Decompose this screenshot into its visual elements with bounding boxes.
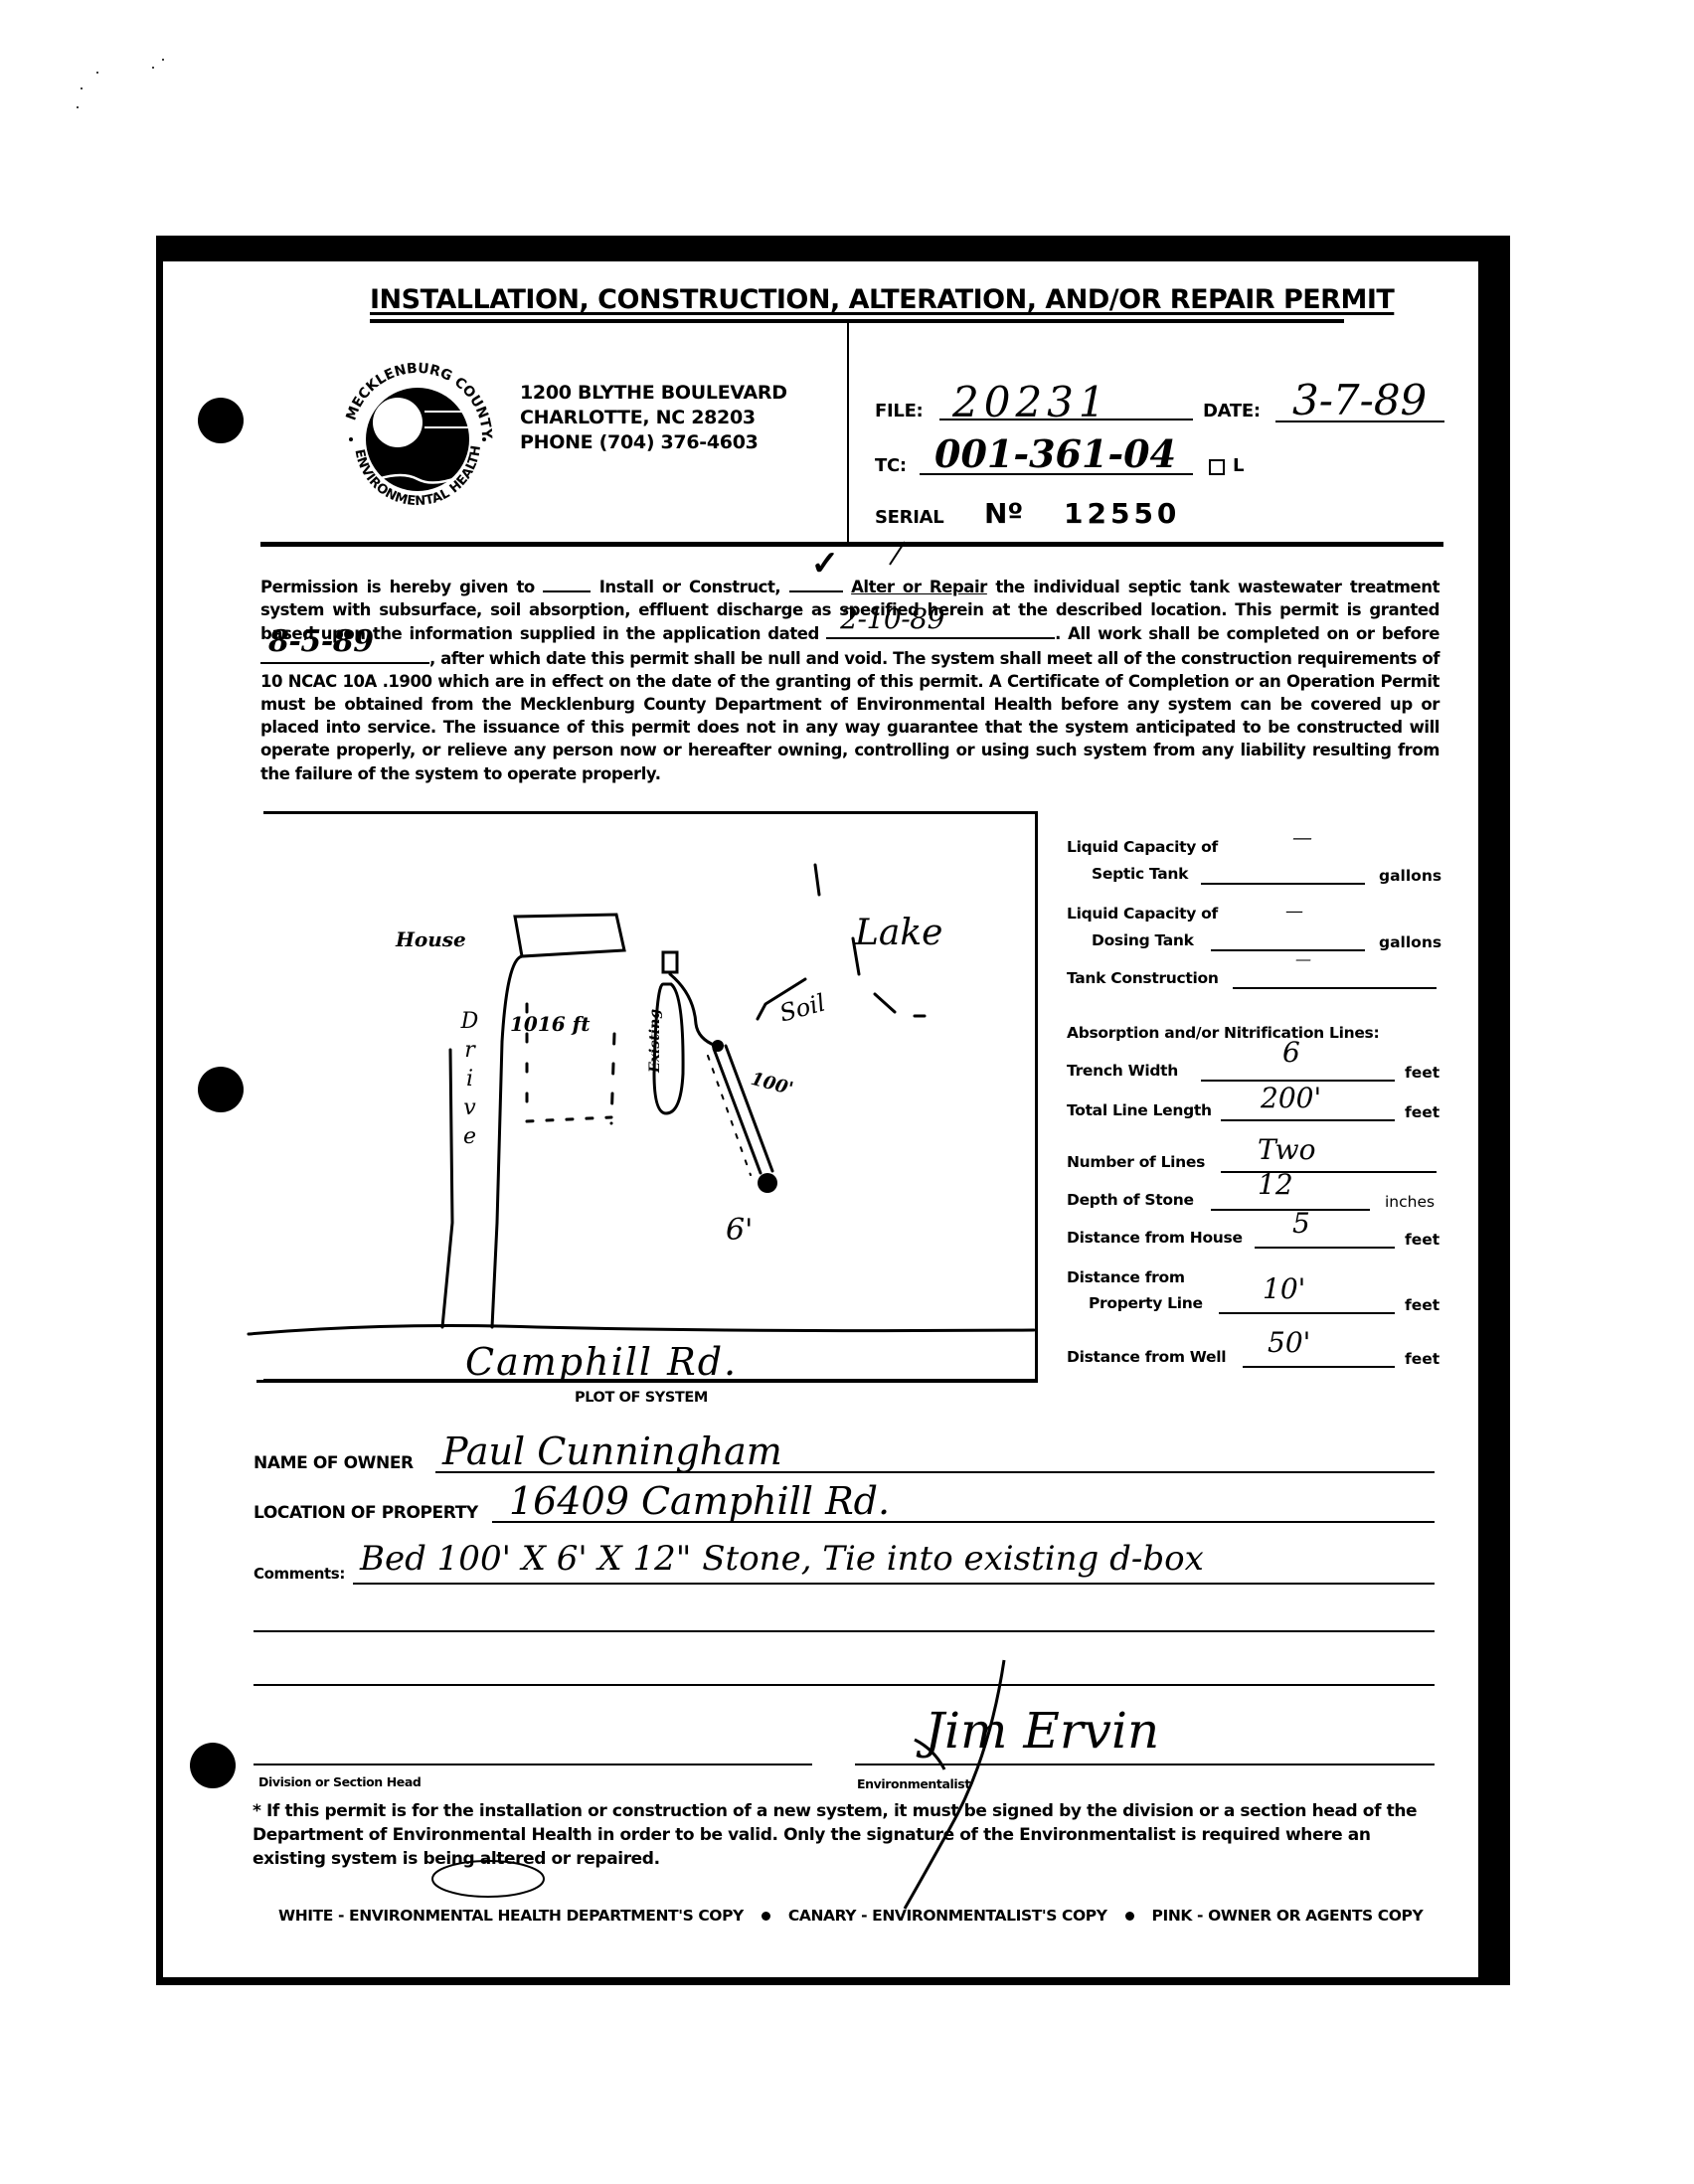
- spec-dosing-field[interactable]: [1211, 931, 1365, 951]
- file-label: FILE:: [875, 401, 923, 421]
- owner-name-value: Paul Cunningham: [442, 1429, 782, 1473]
- tc-checkbox-label: L: [1233, 455, 1244, 476]
- scan-specks: [0, 0, 199, 119]
- address-line-1: 1200 BLYTHE BOULEVARD: [520, 381, 787, 406]
- bullet-icon: [1125, 1912, 1134, 1921]
- serial-no-symbol: Nº: [984, 497, 1023, 530]
- spec-distance-house-label: Distance from House: [1067, 1229, 1243, 1247]
- header-bottom-rule: [260, 542, 1443, 547]
- date-value: 3-7-89: [1292, 376, 1427, 424]
- serial-number: 12550: [1064, 497, 1180, 530]
- comments-value: Bed 100' X 6' X 12" Stone, Tie into exis…: [360, 1539, 1204, 1579]
- spec-total-line-length-value: 200': [1261, 1082, 1321, 1114]
- permit-title: INSTALLATION, CONSTRUCTION, ALTERATION, …: [370, 284, 1344, 315]
- check-tick-stroke: [885, 537, 925, 567]
- spec-distance-property-label-1: Distance from: [1067, 1268, 1185, 1286]
- spec-number-of-lines-field[interactable]: [1221, 1153, 1437, 1173]
- header-divider: [847, 323, 849, 542]
- spec-depth-of-stone-value: 12: [1258, 1168, 1293, 1201]
- address-line-2: CHARLOTTE, NC 28203: [520, 406, 787, 430]
- spec-depth-of-stone-unit: inches: [1385, 1193, 1435, 1211]
- address-line-3: PHONE (704) 376-4603: [520, 430, 787, 455]
- plot-label-house: House: [396, 927, 466, 951]
- spec-trench-width-unit: feet: [1405, 1064, 1440, 1082]
- spec-total-line-length-unit: feet: [1405, 1103, 1440, 1121]
- file-value: 20231: [952, 378, 1110, 426]
- spec-distance-property-field[interactable]: [1219, 1294, 1395, 1314]
- option-alter-label: Alter or Repair: [851, 578, 987, 596]
- title-rule: [370, 319, 1344, 323]
- spec-number-of-lines-label: Number of Lines: [1067, 1153, 1205, 1171]
- spec-dosing-label-2: Dosing Tank: [1092, 931, 1194, 949]
- spec-dosing-label-1: Liquid Capacity of: [1067, 905, 1218, 923]
- completion-date-field[interactable]: 8-5-89: [260, 646, 429, 664]
- tc-checkbox[interactable]: [1209, 459, 1225, 475]
- punch-hole-bottom: [190, 1743, 236, 1788]
- division-signature-label: Division or Section Head: [258, 1774, 421, 1789]
- spec-distance-house-value: 5: [1292, 1207, 1310, 1240]
- date-label: DATE:: [1203, 401, 1261, 421]
- spec-septic-field[interactable]: [1201, 865, 1365, 885]
- punch-hole-top: [198, 398, 244, 443]
- completion-date-value: 8-5-89: [268, 630, 374, 653]
- serial-label: SERIAL: [875, 507, 943, 528]
- spec-total-line-length-label: Total Line Length: [1067, 1101, 1212, 1119]
- mecklenburg-county-seal-icon: MECKLENBURG COUNTY ENVIRONMENTAL HEALTH: [333, 348, 502, 517]
- owner-name-label: NAME OF OWNER: [254, 1453, 414, 1473]
- copy-distribution: WHITE - ENVIRONMENTAL HEALTH DEPARTMENT'…: [278, 1907, 1423, 1925]
- spec-trench-width-value: 6: [1282, 1036, 1300, 1069]
- spec-distance-house-unit: feet: [1405, 1231, 1440, 1249]
- property-location-value: 16409 Camphill Rd.: [509, 1479, 890, 1523]
- spec-septic-label-2: Septic Tank: [1092, 865, 1188, 883]
- tc-value: 001-361-04: [934, 431, 1176, 476]
- spec-trench-width-label: Trench Width: [1067, 1062, 1178, 1080]
- copy-pink: PINK - OWNER OR AGENTS COPY: [1152, 1907, 1424, 1925]
- application-date-value: 2-10-89: [840, 607, 944, 630]
- permission-text-conditions: , after which date this permit shall be …: [260, 649, 1440, 783]
- spec-tank-construction-field[interactable]: [1233, 969, 1437, 989]
- copy-white: WHITE - ENVIRONMENTAL HEALTH DEPARTMENT'…: [278, 1907, 744, 1925]
- spec-tank-construction-value: —: [1295, 949, 1311, 968]
- tc-label: TC:: [875, 455, 907, 476]
- repaired-circle-annotation: [430, 1857, 550, 1907]
- spec-distance-property-unit: feet: [1405, 1296, 1440, 1314]
- spec-distance-property-label-2: Property Line: [1089, 1294, 1203, 1312]
- spec-septic-unit: gallons: [1379, 867, 1441, 885]
- spec-number-of-lines-value: Two: [1258, 1133, 1316, 1166]
- spec-distance-well-field[interactable]: [1243, 1348, 1395, 1368]
- spec-septic-label-1: Liquid Capacity of: [1067, 838, 1218, 856]
- spec-tank-construction-label: Tank Construction: [1067, 969, 1219, 987]
- signature-stroke: [875, 1660, 1014, 1919]
- copy-canary: CANARY - ENVIRONMENTALIST'S COPY: [788, 1907, 1107, 1925]
- alter-checkbox-blank[interactable]: ✓: [789, 575, 843, 592]
- department-address: 1200 BLYTHE BOULEVARD CHARLOTTE, NC 2820…: [520, 381, 787, 455]
- bullet-icon: [762, 1912, 770, 1921]
- property-location-label: LOCATION OF PROPERTY: [254, 1503, 478, 1523]
- spec-distance-well-unit: feet: [1405, 1350, 1440, 1368]
- spec-distance-well-value: 50': [1268, 1326, 1310, 1359]
- plot-bottom-rule: [256, 1380, 1038, 1383]
- application-date-field[interactable]: 2-10-89: [826, 621, 1055, 639]
- install-checkbox-blank[interactable]: [543, 575, 591, 592]
- spec-dosing-unit: gallons: [1379, 933, 1441, 951]
- comments-label: Comments:: [254, 1565, 345, 1583]
- permission-text-completion: . All work shall be completed on or befo…: [1055, 624, 1440, 643]
- division-signature-line[interactable]: [254, 1764, 812, 1765]
- comments-extra-line-2[interactable]: [254, 1684, 1435, 1686]
- plot-label-building: 1016 ft: [510, 1012, 590, 1036]
- spec-septic-value: —: [1292, 825, 1312, 849]
- plot-label-existing: Existing: [647, 1009, 663, 1073]
- option-install-label: Install or Construct,: [599, 578, 781, 596]
- spec-distance-house-field[interactable]: [1255, 1229, 1395, 1249]
- permission-text-intro: Permission is hereby given to: [260, 578, 535, 596]
- punch-hole-middle: [198, 1067, 244, 1112]
- plot-label-lake: Lake: [855, 913, 943, 953]
- spec-distance-property-value: 10': [1263, 1272, 1305, 1305]
- alter-check-mark: ✓: [811, 553, 839, 576]
- spec-dosing-value: —: [1285, 901, 1303, 922]
- spec-distance-well-label: Distance from Well: [1067, 1348, 1226, 1366]
- plot-label-drive: Drive: [457, 1009, 482, 1153]
- permission-paragraph: Permission is hereby given to Install or…: [260, 575, 1440, 785]
- plot-label-road: Camphill Rd.: [465, 1340, 738, 1384]
- comments-extra-line-1[interactable]: [254, 1630, 1435, 1632]
- spec-absorption-heading: Absorption and/or Nitrification Lines:: [1067, 1024, 1379, 1042]
- plot-label-end-depth: 6': [726, 1213, 753, 1248]
- plot-caption: PLOT OF SYSTEM: [575, 1390, 708, 1406]
- spec-depth-of-stone-label: Depth of Stone: [1067, 1191, 1194, 1209]
